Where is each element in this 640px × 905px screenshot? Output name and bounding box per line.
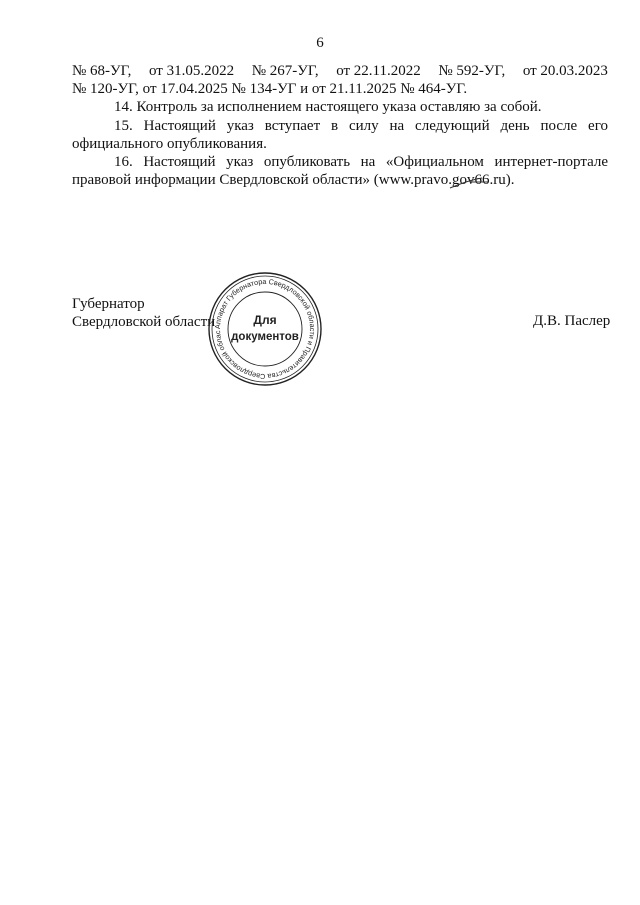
paragraph-15-line-1: 15. Настоящий указ вступает в силу на сл… xyxy=(72,117,608,135)
signatory-title-line-1: Губернатор xyxy=(72,295,215,313)
decree-ref: № 592-УГ, xyxy=(438,62,505,80)
page-number: 6 xyxy=(0,35,640,52)
decree-date: от 31.05.2022 xyxy=(149,62,234,80)
paragraph-15-line-2: официального опубликования. xyxy=(72,135,608,153)
handwritten-strike-icon xyxy=(448,174,518,190)
paragraph-16-line-2: правовой информации Свердловской области… xyxy=(72,171,608,189)
decree-ref: № 68-УГ, xyxy=(72,62,131,80)
signatory-title-line-2: Свердловской области xyxy=(72,313,215,331)
stamp-center-line-2: документов xyxy=(231,331,299,343)
decree-date: от 20.03.2023 xyxy=(523,62,608,80)
stamp-center-line-1: Для xyxy=(253,313,276,327)
paragraph-16-text: правовой информации Свердловской области… xyxy=(72,172,489,188)
paragraph-14: 14. Контроль за исполнением настоящего у… xyxy=(72,98,608,116)
document-body: № 68-УГ, от 31.05.2022 № 267-УГ, от 22.1… xyxy=(72,62,608,189)
signatory-name: Д.В. Паслер xyxy=(533,313,610,330)
paragraph-16-line-1: 16. Настоящий указ опубликовать на «Офиц… xyxy=(72,153,608,171)
decree-date: от 22.11.2022 xyxy=(336,62,421,80)
signatory-title: Губернатор Свердловской области xyxy=(72,295,215,331)
decree-list-line-2: № 120-УГ, от 17.04.2025 № 134-УГ и от 21… xyxy=(72,80,608,98)
decree-ref: № 267-УГ, xyxy=(252,62,319,80)
official-stamp-icon: Аппарат Губернатора Свердловской области… xyxy=(206,270,324,388)
decree-list-line-1: № 68-УГ, от 31.05.2022 № 267-УГ, от 22.1… xyxy=(72,62,608,80)
